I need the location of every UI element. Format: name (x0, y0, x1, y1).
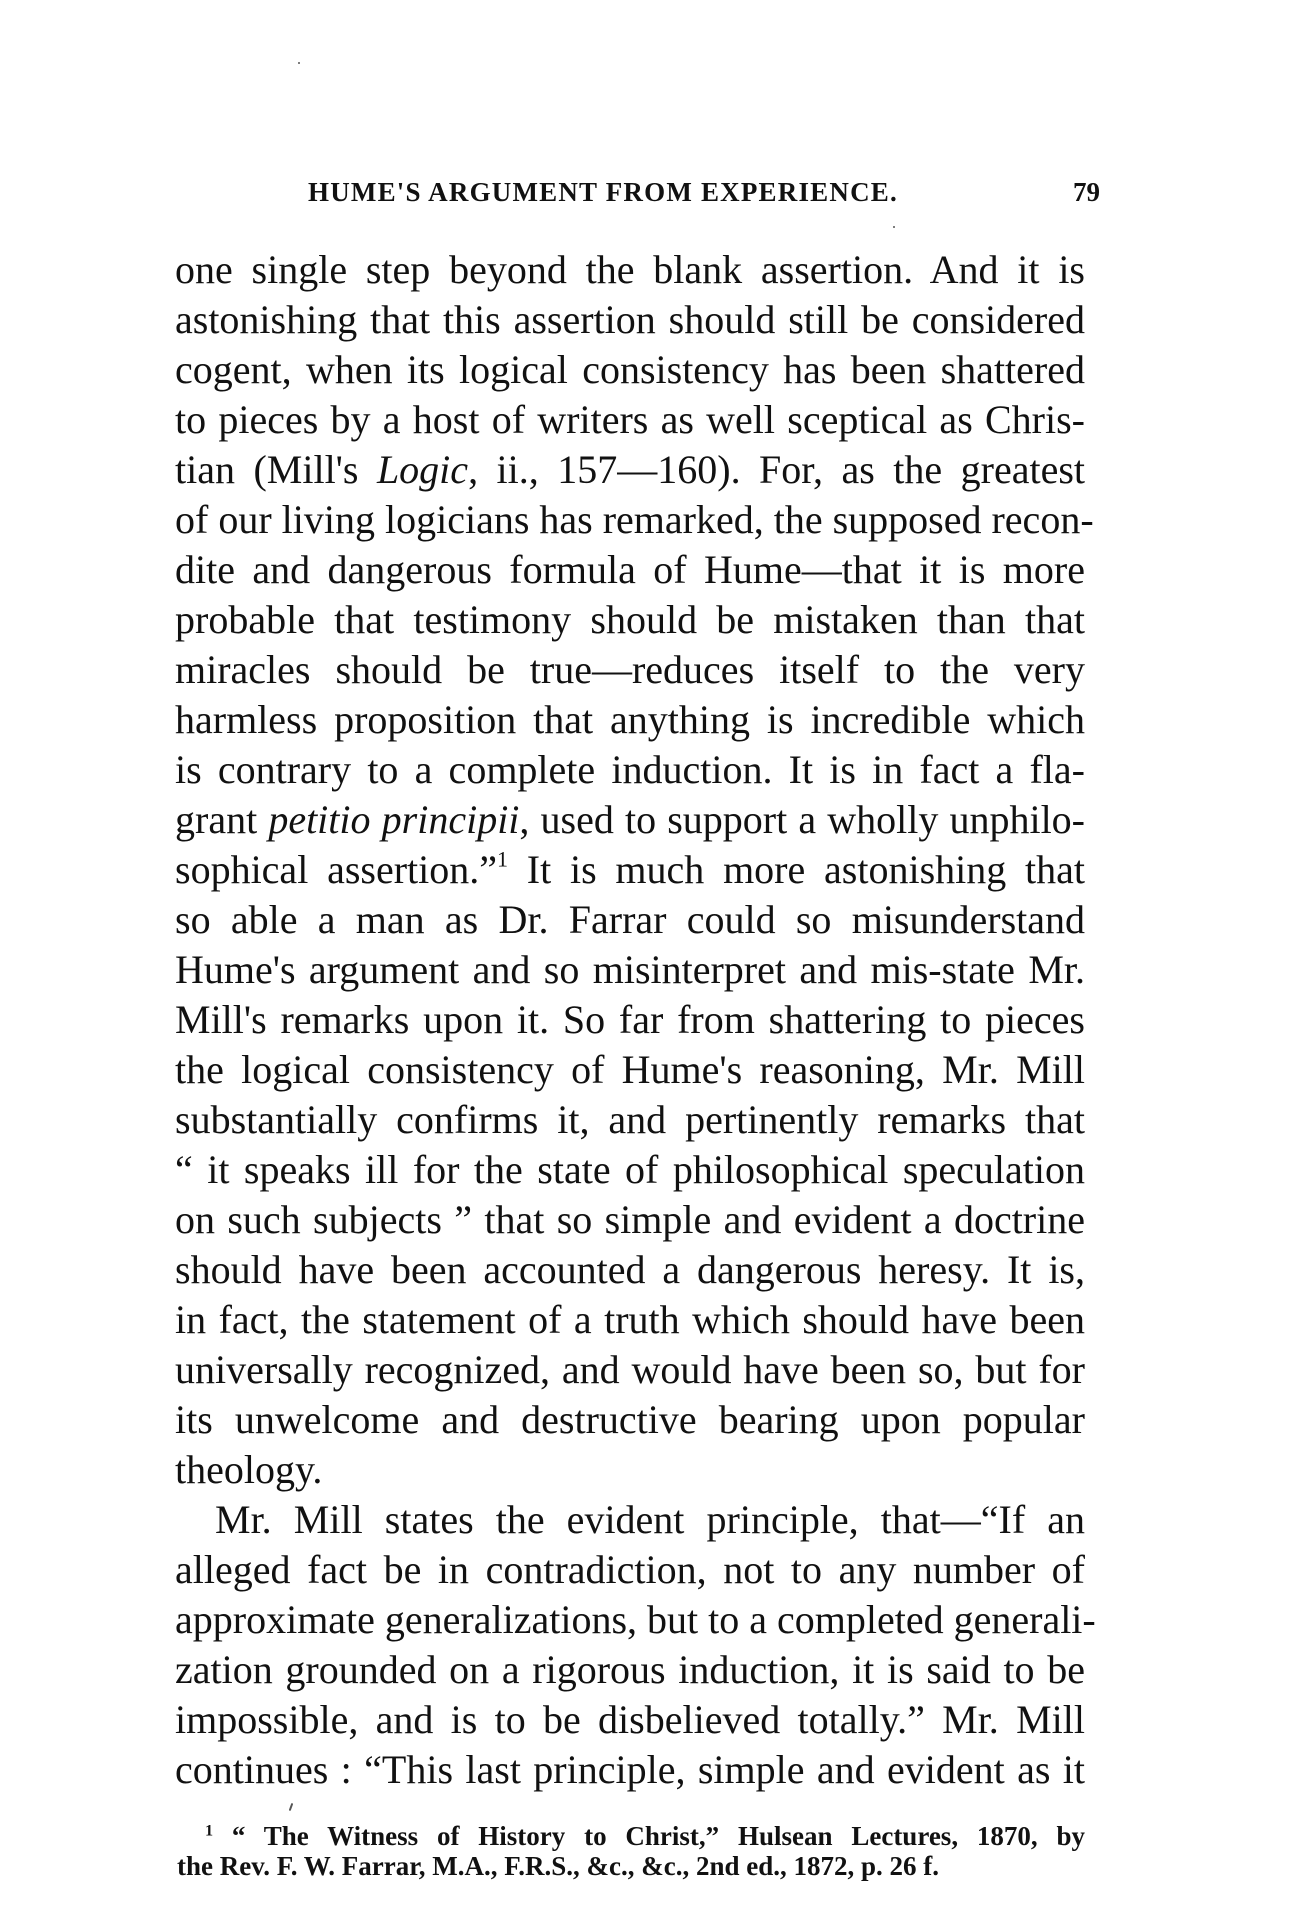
body-line-6: of our living logicians has remarked, th… (175, 495, 1085, 545)
body-line-14: so able a man as Dr. Farrar could so mis… (175, 895, 1085, 945)
body-line-31: continues : “This last principle, simple… (175, 1745, 1085, 1795)
text-run: , ii., 157—160). For, as the greatest (468, 447, 1085, 492)
page-number: 79 (1073, 176, 1100, 208)
body-line-23: universally recognized, and would have b… (175, 1345, 1085, 1395)
scan-speck (893, 226, 895, 228)
footnote-marker: 1 (205, 1821, 213, 1839)
text-run: sophical assertion.” (175, 847, 497, 892)
body-line-19: “ it speaks ill for the state of philoso… (175, 1145, 1085, 1195)
body-line-30: impossible, and is to be disbelieved tot… (175, 1695, 1085, 1745)
body-line-29: zation grounded on a rigorous induction,… (175, 1645, 1085, 1695)
body-line-11: is contrary to a complete induction. It … (175, 745, 1085, 795)
body-line-8: probable that testimony should be mistak… (175, 595, 1085, 645)
text-run: grant (175, 797, 268, 842)
footnote-text: “ The Witness of History to Christ,” Hul… (232, 1821, 1085, 1851)
body-line-20: on such subjects ” that so simple and ev… (175, 1195, 1085, 1245)
body-line-27: alleged fact be in contradiction, not to… (175, 1545, 1085, 1595)
body-line-18: substantially confirms it, and pertinent… (175, 1095, 1085, 1145)
body-line-26-paragraph-start: Mr. Mill states the evident principle, t… (215, 1495, 1085, 1545)
footnote-line-2: the Rev. F. W. Farrar, M.A., F.R.S., &c.… (177, 1851, 892, 1881)
body-line-7: dite and dangerous formula of Hume—that … (175, 545, 1085, 595)
italic-latin-phrase: petitio principii (268, 797, 519, 842)
body-line-10: harmless proposition that anything is in… (175, 695, 1085, 745)
text-run: , used to support a wholly unphilo- (519, 797, 1085, 842)
body-line-25: theology. (175, 1445, 1085, 1495)
body-line-21: should have been accounted a dangerous h… (175, 1245, 1085, 1295)
body-line-9: miracles should be true—reduces itself t… (175, 645, 1085, 695)
footnote-reference[interactable]: 1 (497, 847, 508, 872)
body-line-2: astonishing that this assertion should s… (175, 295, 1085, 345)
body-line-15: Hume's argument and so misinterpret and … (175, 945, 1085, 995)
footnote-line-1: 1 “ The Witness of History to Christ,” H… (205, 1821, 1085, 1851)
scan-speck (289, 1803, 294, 1811)
body-line-1: one single step beyond the blank asserti… (175, 245, 1085, 295)
body-line-24: its unwelcome and destructive bearing up… (175, 1395, 1085, 1445)
body-line-4: to pieces by a host of writers as well s… (175, 395, 1085, 445)
running-head-title: HUME'S ARGUMENT FROM EXPERIENCE. (308, 176, 898, 208)
body-line-13: sophical assertion.”1 It is much more as… (175, 845, 1085, 895)
text-run: tian (Mill's (175, 447, 377, 492)
book-page: HUME'S ARGUMENT FROM EXPERIENCE. 79 one … (0, 0, 1292, 1925)
body-line-16: Mill's remarks upon it. So far from shat… (175, 995, 1085, 1045)
body-line-22: in fact, the statement of a truth which … (175, 1295, 1085, 1345)
italic-title-logic: Logic (377, 447, 468, 492)
body-line-3: cogent, when its logical consistency has… (175, 345, 1085, 395)
body-line-12: grant petitio principii, used to support… (175, 795, 1085, 845)
text-run: It is much more astonishing that (508, 847, 1085, 892)
running-head: HUME'S ARGUMENT FROM EXPERIENCE. 79 (308, 176, 1100, 208)
body-line-17: the logical consistency of Hume's reason… (175, 1045, 1085, 1095)
scan-speck (298, 62, 300, 64)
body-line-28: approximate generalizations, but to a co… (175, 1595, 1085, 1645)
body-line-5: tian (Mill's Logic, ii., 157—160). For, … (175, 445, 1085, 495)
